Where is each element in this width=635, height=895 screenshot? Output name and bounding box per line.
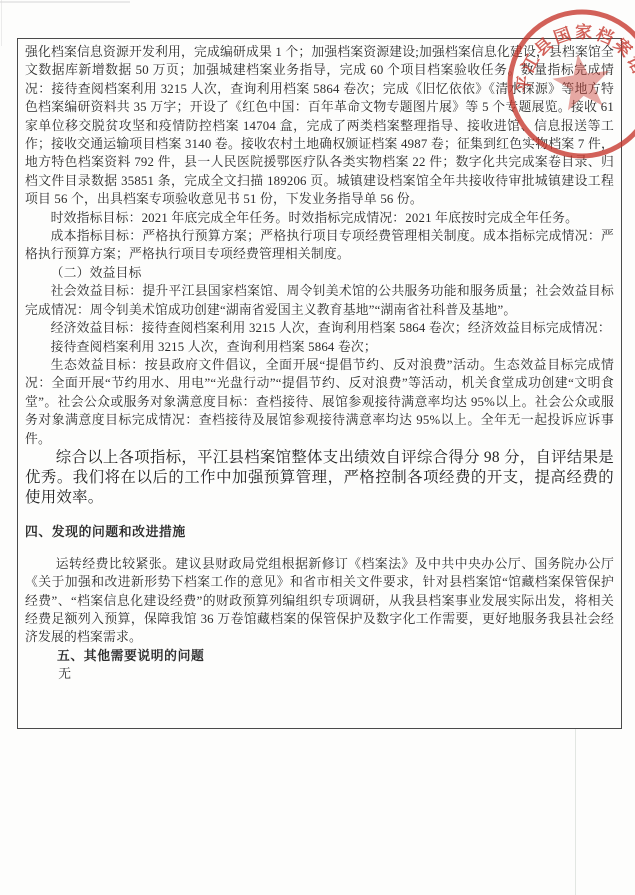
paragraph-economic-benefit-done: 接待查阅档案利用 3215 人次，查询利用档案 5864 卷次； — [25, 338, 614, 356]
paragraph-cost-indicator: 成本指标目标：严格执行预算方案；严格执行项目专项经费管理相关制度。成本指标完成情… — [25, 227, 614, 264]
scan-artifact-top — [0, 1, 130, 3]
section5-heading: 五、其他需要说明的问题 — [25, 647, 614, 665]
scan-artifact-right — [575, 729, 576, 895]
section4-body: 运转经费比较紧张。建议县财政局党组根据新修订《档案法》及中共中央办公厅、国务院办… — [25, 555, 614, 647]
paragraph-social-benefit: 社会效益目标：提升平江县国家档案馆、周令钊美术馆的公共服务功能和服务质量；社会效… — [25, 282, 614, 319]
subsection-benefit-heading: （二）效益目标 — [25, 264, 614, 282]
paragraph-summary-score: 综合以上各项指标，平江县档案馆整体支出绩效自评综合得分 98 分，自评结果是优秀… — [25, 448, 614, 507]
paragraph-time-indicator: 时效指标目标：2021 年底完成全年任务。时效指标完成情况：2021 年底按时完… — [25, 209, 614, 227]
section5-body: 无 — [25, 665, 614, 683]
paragraph-economic-benefit-target: 经济效益目标：接待查阅档案利用 3215 人次，查询利用档案 5864 卷次；经… — [25, 319, 614, 337]
document-sheet: 强化档案信息资源开发利用，完成编研成果 1 个；加强档案资源建设;加强档案信息化… — [0, 0, 635, 895]
scan-artifact-left — [1, 0, 2, 46]
section4-heading: 四、发现的问题和改进措施 — [25, 523, 614, 541]
paragraph-quantity-indicators: 强化档案信息资源开发利用，完成编研成果 1 个；加强档案资源建设;加强档案信息化… — [25, 43, 614, 209]
content-box: 强化档案信息资源开发利用，完成编研成果 1 个；加强档案资源建设;加强档案信息化… — [17, 38, 622, 729]
paragraph-ecological-benefit: 生态效益目标：按县政府文件倡议，全面开展“提倡节约、反对浪费”活动。生态效益目标… — [25, 356, 614, 448]
